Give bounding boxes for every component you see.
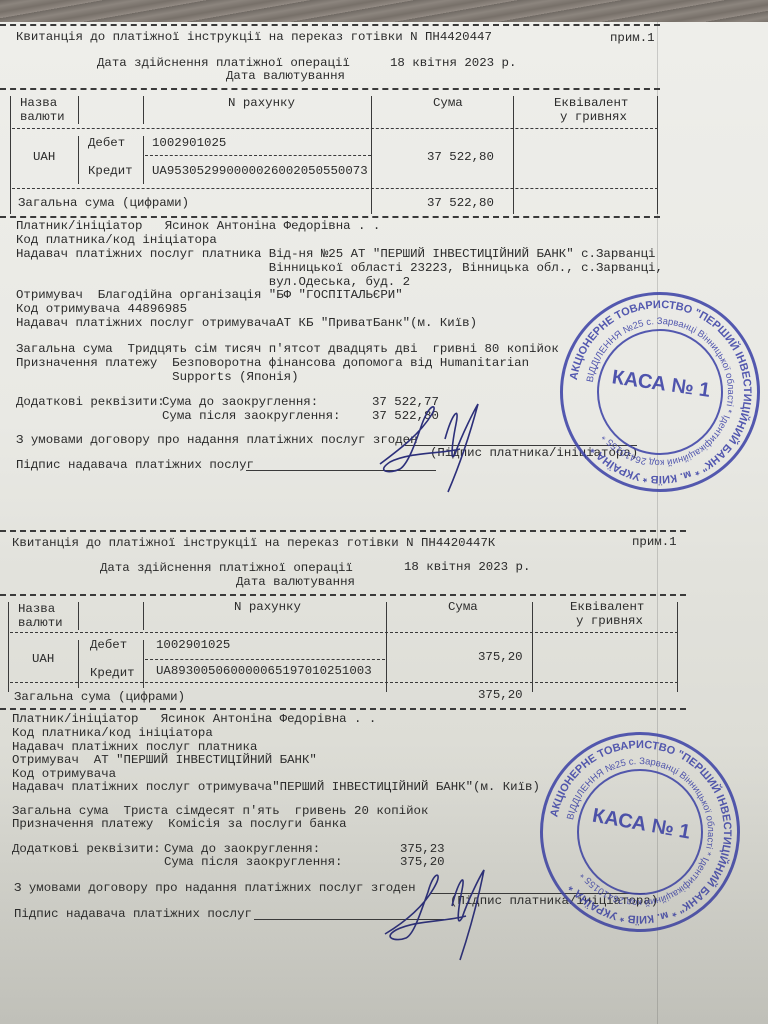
provider-signature-label: Підпис надавача платіжних послуг [14,907,252,922]
debit-label: Дебет [90,638,127,653]
header-equivalent-1: Еквівалент [554,96,628,111]
currency-code: UAH [33,150,55,165]
total-words: Загальна сума Тридцять сім тисяч п'ятсот… [16,342,559,357]
header-currency-2: валюти [18,616,63,631]
op-date-value: 18 квітня 2023 р. [390,56,516,71]
handwritten-signature [360,394,510,494]
debit-account: 1002901025 [152,136,226,151]
detail-line: Платник/ініціатор Ясинок Антоніна Федорі… [16,219,380,234]
detail-line: Надавач платіжних послуг отримувачаАТ КБ… [16,316,477,331]
detail-line: Код отримувача 44896985 [16,302,187,317]
total-amount: 375,20 [478,688,523,703]
divider [0,216,660,218]
header-amount: Сума [448,600,478,615]
detail-line: Код платника/код ініціатора [16,233,217,248]
receipt-title: Квитанція до платіжної інструкції на пер… [16,30,492,45]
detail-line: Отримувач АТ "ПЕРШИЙ ІНВЕСТИЦІЙНИЙ БАНК" [12,753,317,768]
purpose-line: Призначення платежу Комісія за послуги б… [12,817,347,832]
header-account: N рахунку [228,96,295,111]
value-date-label: Дата валютування [226,69,345,84]
receipt-note: прим.1 [632,535,677,550]
handwritten-signature [370,856,520,966]
after-round-label: Сума після заокруглення: [162,409,340,424]
amount: 375,20 [478,650,523,665]
total-label: Загальна сума (цифрами) [14,690,185,705]
bank-stamp: АКЦІОНЕРНЕ ТОВАРИСТВО "ПЕРШИЙ ІНВЕСТИЦІЙ… [524,716,756,948]
receipt-title: Квитанція до платіжної інструкції на пер… [12,536,495,551]
receipt-note: прим.1 [610,31,655,46]
provider-signature-label: Підпис надавача платіжних послуг [16,458,254,473]
extra-label: Додаткові реквізити: [16,395,165,410]
total-amount: 37 522,80 [427,196,494,211]
header-currency-1: Назва [20,96,57,111]
bank-stamp: АКЦІОНЕРНЕ ТОВАРИСТВО "ПЕРШИЙ ІНВЕСТИЦІЙ… [547,279,768,505]
detail-line: Код платника/код ініціатора [12,726,213,741]
credit-label: Кредит [88,164,133,179]
detail-line: Надавач платіжних послуг отримувача"ПЕРШ… [12,780,540,795]
op-date-label: Дата здійснення платіжної операції [100,561,353,576]
debit-label: Дебет [88,136,125,151]
extra-label: Додаткові реквізити: [12,842,161,857]
divider [0,24,660,26]
divider [0,594,686,596]
header-equivalent-1: Еквівалент [570,600,644,615]
header-equivalent-2: у гривнях [560,110,627,125]
agree-text: З умовами договору про надання платіжних… [16,433,418,448]
total-label: Загальна сума (цифрами) [18,196,189,211]
header-currency-1: Назва [18,602,55,617]
op-date-value: 18 квітня 2023 р. [404,560,530,575]
detail-line: Вінницької області 23223, Вінницька обл.… [16,261,663,276]
currency-code: UAH [32,652,54,667]
header-amount: Сума [433,96,463,111]
credit-label: Кредит [90,666,135,681]
before-round-label: Сума до заокруглення: [162,395,318,410]
detail-line: Платник/ініціатор Ясинок Антоніна Федорі… [12,712,376,727]
after-round-label: Сума після заокруглення: [164,855,342,870]
header-equivalent-2: у гривнях [576,614,643,629]
divider [0,88,660,90]
amount: 37 522,80 [427,150,494,165]
credit-account: UA953052990000026002050550073 [152,164,368,179]
purpose-line: Supports (Японія) [16,370,299,385]
detail-line: Надавач платіжних послуг платника Від-ня… [16,247,655,262]
header-currency-2: валюти [20,110,65,125]
value-date-label: Дата валютування [236,575,355,590]
debit-account: 1002901025 [156,638,230,653]
credit-account: UA893005060000065197010251003 [156,664,372,679]
header-account: N рахунку [234,600,301,615]
detail-line: Отримувач Благодійна організація "БФ "ГО… [16,288,403,303]
divider [0,708,686,710]
divider [0,530,686,532]
purpose-line: Призначення платежу Безповоротна фінансо… [16,356,529,371]
agree-text: З умовами договору про надання платіжних… [14,881,416,896]
